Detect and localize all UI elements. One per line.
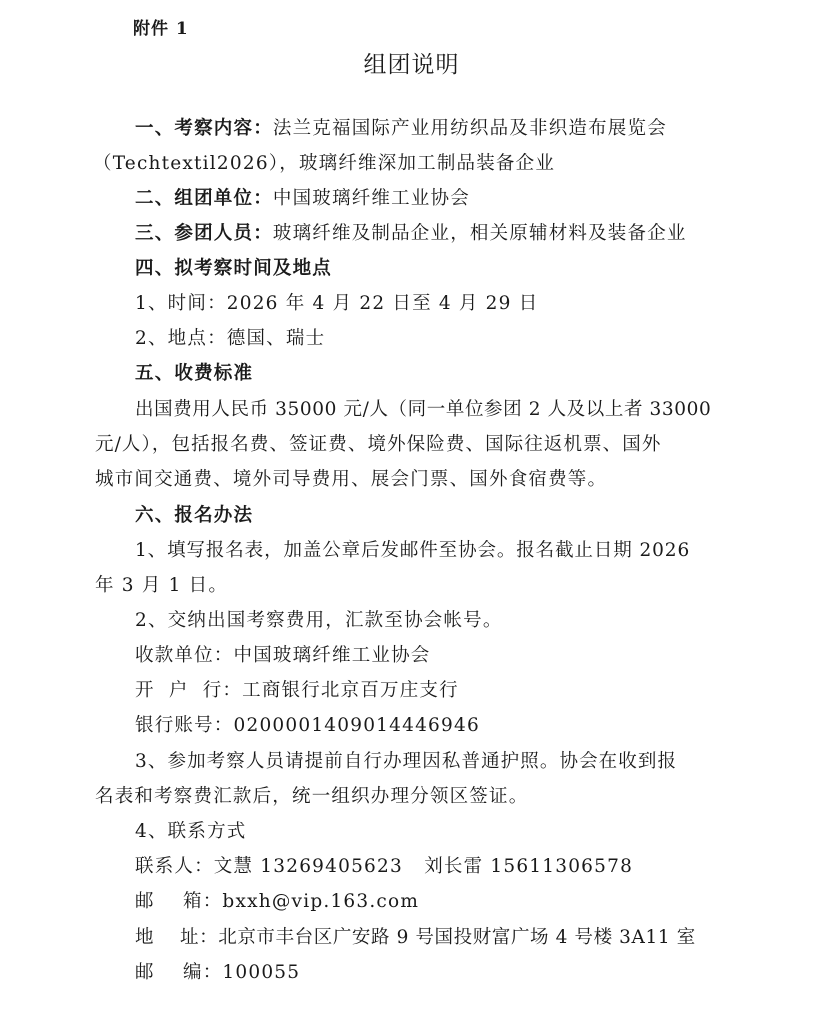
section-6-step4: 4、联系方式 (135, 820, 765, 844)
document-page: 附件 1 组团说明 一、考察内容：法兰克福国际产业用纺织品及非织造布展览会 （T… (0, 0, 819, 1014)
bank-line: 开 户 行：工商银行北京百万庄支行 (135, 679, 765, 703)
section-6-step1-line2: 年 3 月 1 日。 (95, 574, 725, 598)
section-6-step1-line1: 1、填写报名表，加盖公章后发邮件至协会。报名截止日期 2026 (135, 539, 765, 563)
section-6-step3-line2: 名表和考察费汇款后，统一组织办理分领区签证。 (95, 785, 725, 809)
section-1-line: 一、考察内容：法兰克福国际产业用纺织品及非织造布展览会 (135, 117, 765, 141)
email-line[interactable]: 邮 箱：bxxh@vip.163.com (135, 890, 765, 914)
section-2-heading: 二、组团单位： (135, 188, 273, 209)
section-4-time: 1、时间：2026 年 4 月 22 日至 4 月 29 日 (135, 292, 765, 316)
payee-line: 收款单位：中国玻璃纤维工业协会 (135, 644, 765, 668)
section-5-line-2: 元/人），包括报名费、签证费、境外保险费、国际往返机票、国外 (95, 433, 725, 457)
section-3-heading: 三、参团人员： (135, 223, 273, 244)
section-1-heading: 一、考察内容： (135, 118, 273, 139)
section-6-step3-line1: 3、参加考察人员请提前自行办理因私普通护照。协会在收到报 (135, 750, 765, 774)
section-3-text: 玻璃纤维及制品企业，相关原辅材料及装备企业 (273, 223, 687, 244)
contacts-line: 联系人：文慧 13269405623 刘长雷 15611306578 (135, 855, 765, 879)
postcode-line: 邮 编：100055 (135, 961, 765, 985)
section-3-line: 三、参团人员：玻璃纤维及制品企业，相关原辅材料及装备企业 (135, 222, 765, 246)
section-5-line-3: 城市间交通费、境外司导费用、展会门票、国外食宿费等。 (95, 468, 725, 492)
account-line: 银行账号：0200001409014446946 (135, 714, 765, 738)
section-4-heading: 四、拟考察时间及地点 (135, 257, 765, 281)
section-6-heading: 六、报名办法 (135, 504, 765, 528)
section-1-text: 法兰克福国际产业用纺织品及非织造布展览会 (273, 118, 667, 139)
section-5-heading: 五、收费标准 (135, 362, 765, 386)
section-2-line: 二、组团单位：中国玻璃纤维工业协会 (135, 187, 765, 211)
section-1-text-cont: （Techtextil2026），玻璃纤维深加工制品装备企业 (93, 152, 723, 176)
address-line: 地 址：北京市丰台区广安路 9 号国投财富广场 4 号楼 3A11 室 (135, 926, 765, 950)
section-2-text: 中国玻璃纤维工业协会 (273, 188, 470, 209)
section-4-place: 2、地点：德国、瑞士 (135, 327, 765, 351)
document-title: 组团说明 (0, 46, 819, 79)
section-5-line-1: 出国费用人民币 35000 元/人（同一单位参团 2 人及以上者 33000 (135, 398, 765, 422)
attachment-label: 附件 1 (133, 14, 189, 39)
section-6-step2: 2、交纳出国考察费用，汇款至协会帐号。 (135, 609, 765, 633)
